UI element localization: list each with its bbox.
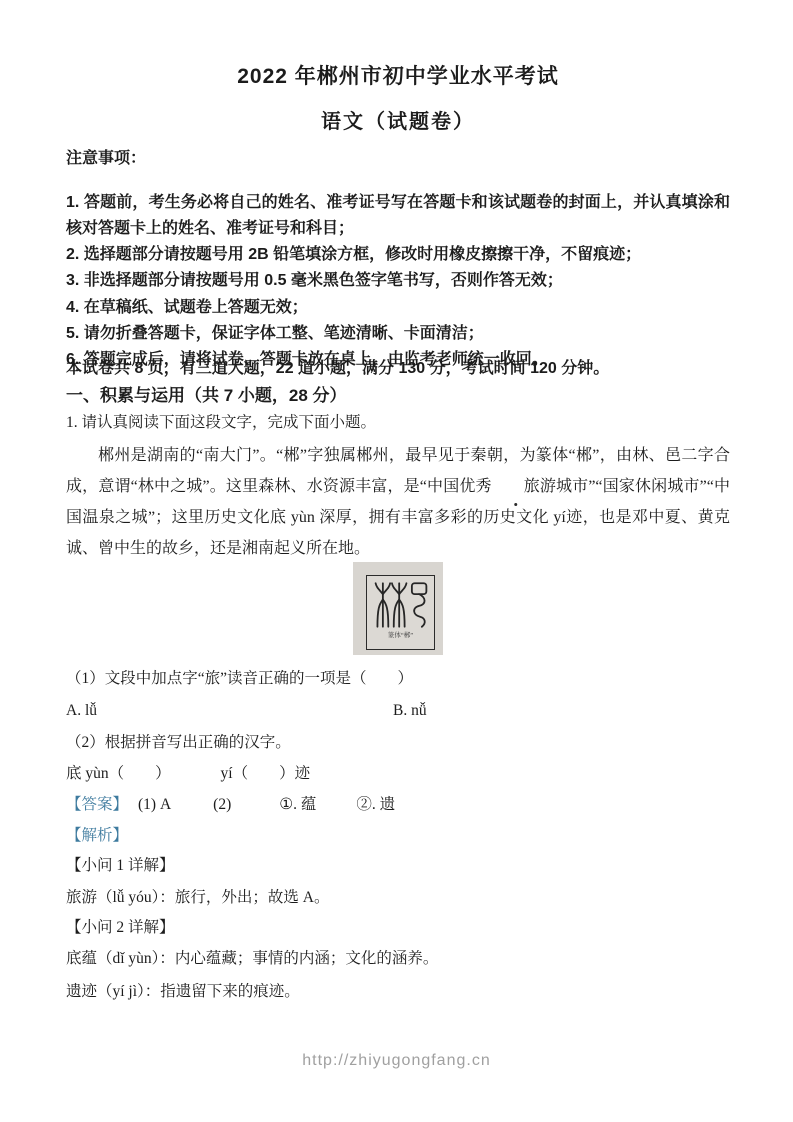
answer-label: 【答案】: [66, 796, 128, 813]
options-row: A. lǚ B. nǚ: [66, 700, 730, 722]
notice-item-2: 2. 选择题部分请按题号用 2B 铅笔填涂方框，修改时用橡皮擦擦干净，不留痕迹；: [66, 242, 730, 268]
answer-item-2: ②. 遗: [356, 796, 395, 813]
answer-line: 【答案】(1) A(2)①. 蕴②. 遗: [66, 793, 730, 816]
notice-heading: 注意事项：: [66, 148, 730, 170]
seal-character-icon: [372, 579, 430, 631]
detail-1-text: 旅游（lǚ yóu）：旅行，外出；故选 A。: [66, 887, 730, 909]
detail-2-heading: 【小问 2 详解】: [66, 917, 730, 939]
footer-url: http://zhiyugongfang.cn: [0, 1052, 793, 1070]
sub-question-1: （1）文段中加点字“旅”读音正确的一项是（ ）: [66, 668, 730, 690]
dotted-character: 旅: [492, 471, 540, 502]
option-b: B. nǚ: [393, 700, 427, 722]
seal-script-photo: 篆体“郴”: [353, 562, 443, 655]
detail-2-line-1: 底蕴（dǐ yùn）：内心蕴藏；事情的内涵；文化的涵养。: [66, 948, 730, 970]
pinyin-fill-line: 底 yùn（ ） yí（ ）迹: [66, 763, 730, 785]
sub-question-2: （2）根据拼音写出正确的汉字。: [66, 732, 730, 754]
question-1-intro: 1. 请认真阅读下面这段文字，完成下面小题。: [66, 412, 730, 434]
detail-1-heading: 【小问 1 详解】: [66, 855, 730, 877]
option-a: A. lǚ: [66, 702, 97, 719]
answer-part-2: (2): [213, 796, 231, 813]
fill-blank-right: yí（ ）迹: [221, 765, 311, 782]
question-1-passage: 郴州是湖南的“南大门”。“郴”字独属郴州，最早见于秦朝，为篆体“郴”，由林、邑二…: [66, 440, 730, 564]
fill-blank-left: 底 yùn（ ）: [66, 765, 171, 782]
notice-item-1: 1. 答题前，考生务必将自己的姓名、准考证号写在答题卡和该试题卷的封面上，并认真…: [66, 190, 730, 242]
notice-item-3: 3. 非选择题部分请按题号用 0.5 毫米黑色签字笔书写，否则作答无效；: [66, 268, 730, 294]
notice-item-5: 5. 请勿折叠答题卡，保证字体工整、笔迹清晰、卡面清洁；: [66, 321, 730, 347]
answer-item-1: ①. 蕴: [279, 796, 316, 813]
answer-part-1: (1) A: [138, 796, 171, 813]
section-heading: 一、积累与运用（共 7 小题，28 分）: [66, 384, 730, 408]
page-subtitle: 语文（试题卷）: [66, 110, 730, 135]
analysis-label: 【解析】: [66, 824, 730, 847]
seal-image-caption: 篆体“郴”: [388, 631, 413, 640]
page-title: 2022 年郴州市初中学业水平考试: [66, 64, 730, 90]
exam-info: 本试卷共 8 页，有三道大题，22 道小题，满分 130 分，考试时间 120 …: [66, 357, 730, 381]
detail-2-line-2: 遗迹（yí jì）：指遗留下来的痕迹。: [66, 981, 730, 1003]
notice-item-4: 4. 在草稿纸、试题卷上答题无效；: [66, 295, 730, 321]
seal-frame: 篆体“郴”: [366, 575, 435, 650]
